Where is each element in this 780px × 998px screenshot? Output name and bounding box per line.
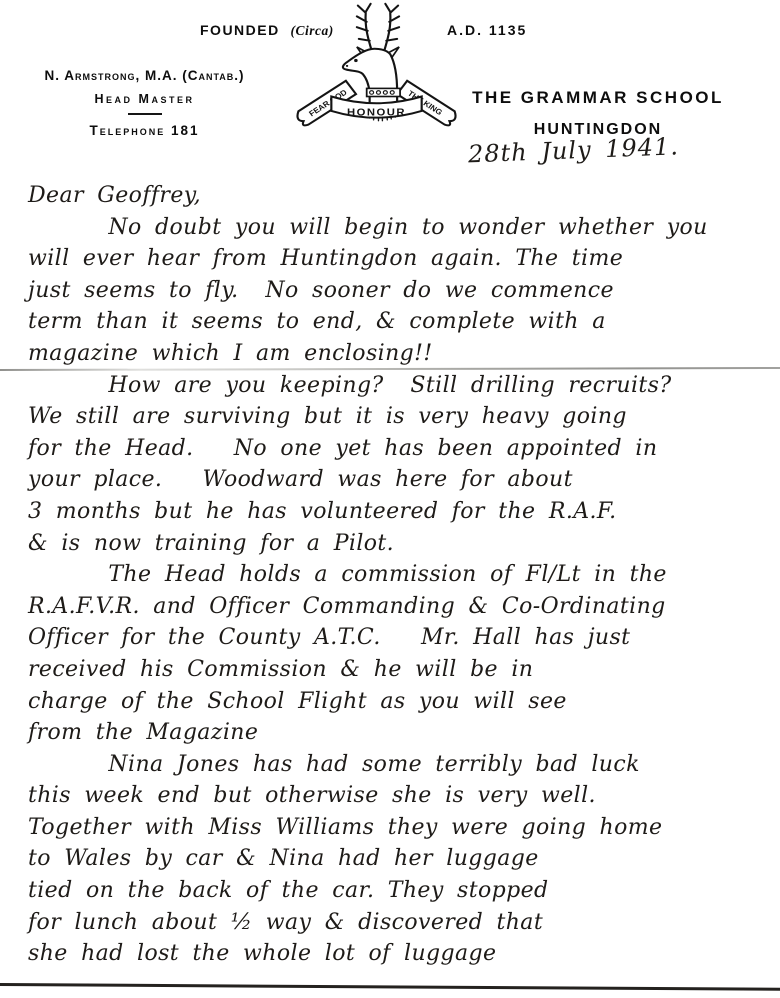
letter-line: for the Head. No one yet has been appoin… [28,433,750,465]
salutation: Dear Geoffrey, [28,180,750,212]
letter-line: Together with Miss Williams they were go… [28,812,750,844]
letter-line: will ever hear from Huntingdon again. Th… [28,243,750,275]
letter-line: No doubt you will begin to wonder whethe… [28,212,750,244]
letter-line: How are you keeping? Still drilling recr… [28,370,750,402]
letter-line: she had lost the whole lot of luggage [28,938,750,970]
headmaster-block: N. Armstrong, M.A. (Cantab.) Head Master… [22,68,267,138]
page-edge-line [0,983,780,991]
letter-line: & is now training for a Pilot. [28,528,750,560]
divider-rule [128,113,162,115]
letter-line: term than it seems to end, & complete wi… [28,306,750,338]
stag-collar [367,88,400,96]
letter-line: received his Commission & he will be in [28,654,750,686]
letter-line: We still are surviving but it is very he… [28,401,750,433]
letter-line: this week end but otherwise she is very … [28,780,750,812]
letter-line: Nina Jones has had some terribly bad luc… [28,749,750,781]
stag-antlers [357,4,399,51]
stag-eye [354,59,358,62]
letter-line: Officer for the County A.T.C. Mr. Hall h… [28,622,750,654]
telephone-number: Telephone 181 [22,123,267,138]
letter-line: from the Magazine [28,717,750,749]
letter-body: Dear Geoffrey, No doubt you will begin t… [28,180,750,970]
letter-line: for lunch about ½ way & discovered that [28,907,750,939]
letter-line: R.A.F.V.R. and Officer Commanding & Co-O… [28,591,750,623]
founded-year: A.D. 1135 [447,22,527,38]
headmaster-title: Head Master [22,92,267,106]
school-crest-stag-icon: FEAR GOD THE KING [296,2,458,128]
motto-honour: HONOUR [347,107,406,118]
letter-line: your place. Woodward was here for about [28,464,750,496]
stag-nostril [346,65,348,67]
headmaster-name: N. Armstrong, M.A. (Cantab.) [22,68,267,83]
founded-label: FOUNDED [200,22,280,38]
school-block: THE GRAMMAR SCHOOL HUNTINGDON [452,88,744,139]
stag-head [343,49,397,109]
school-name: THE GRAMMAR SCHOOL [452,88,744,108]
letter-line: 3 months but he has volunteered for the … [28,496,750,528]
page: FOUNDED (Circa) A.D. 1135 FEAR GOD THE K… [0,0,780,998]
letter-line: just seems to fly. No sooner do we comme… [28,275,750,307]
letter-line: magazine which I am enclosing!! [28,338,750,370]
letter-line: tied on the back of the car. They stoppe… [28,875,750,907]
letter-line: to Wales by car & Nina had her luggage [28,843,750,875]
letter-line: The Head holds a commission of Fl/Lt in … [28,559,750,591]
letter-line: charge of the School Flight as you will … [28,686,750,718]
